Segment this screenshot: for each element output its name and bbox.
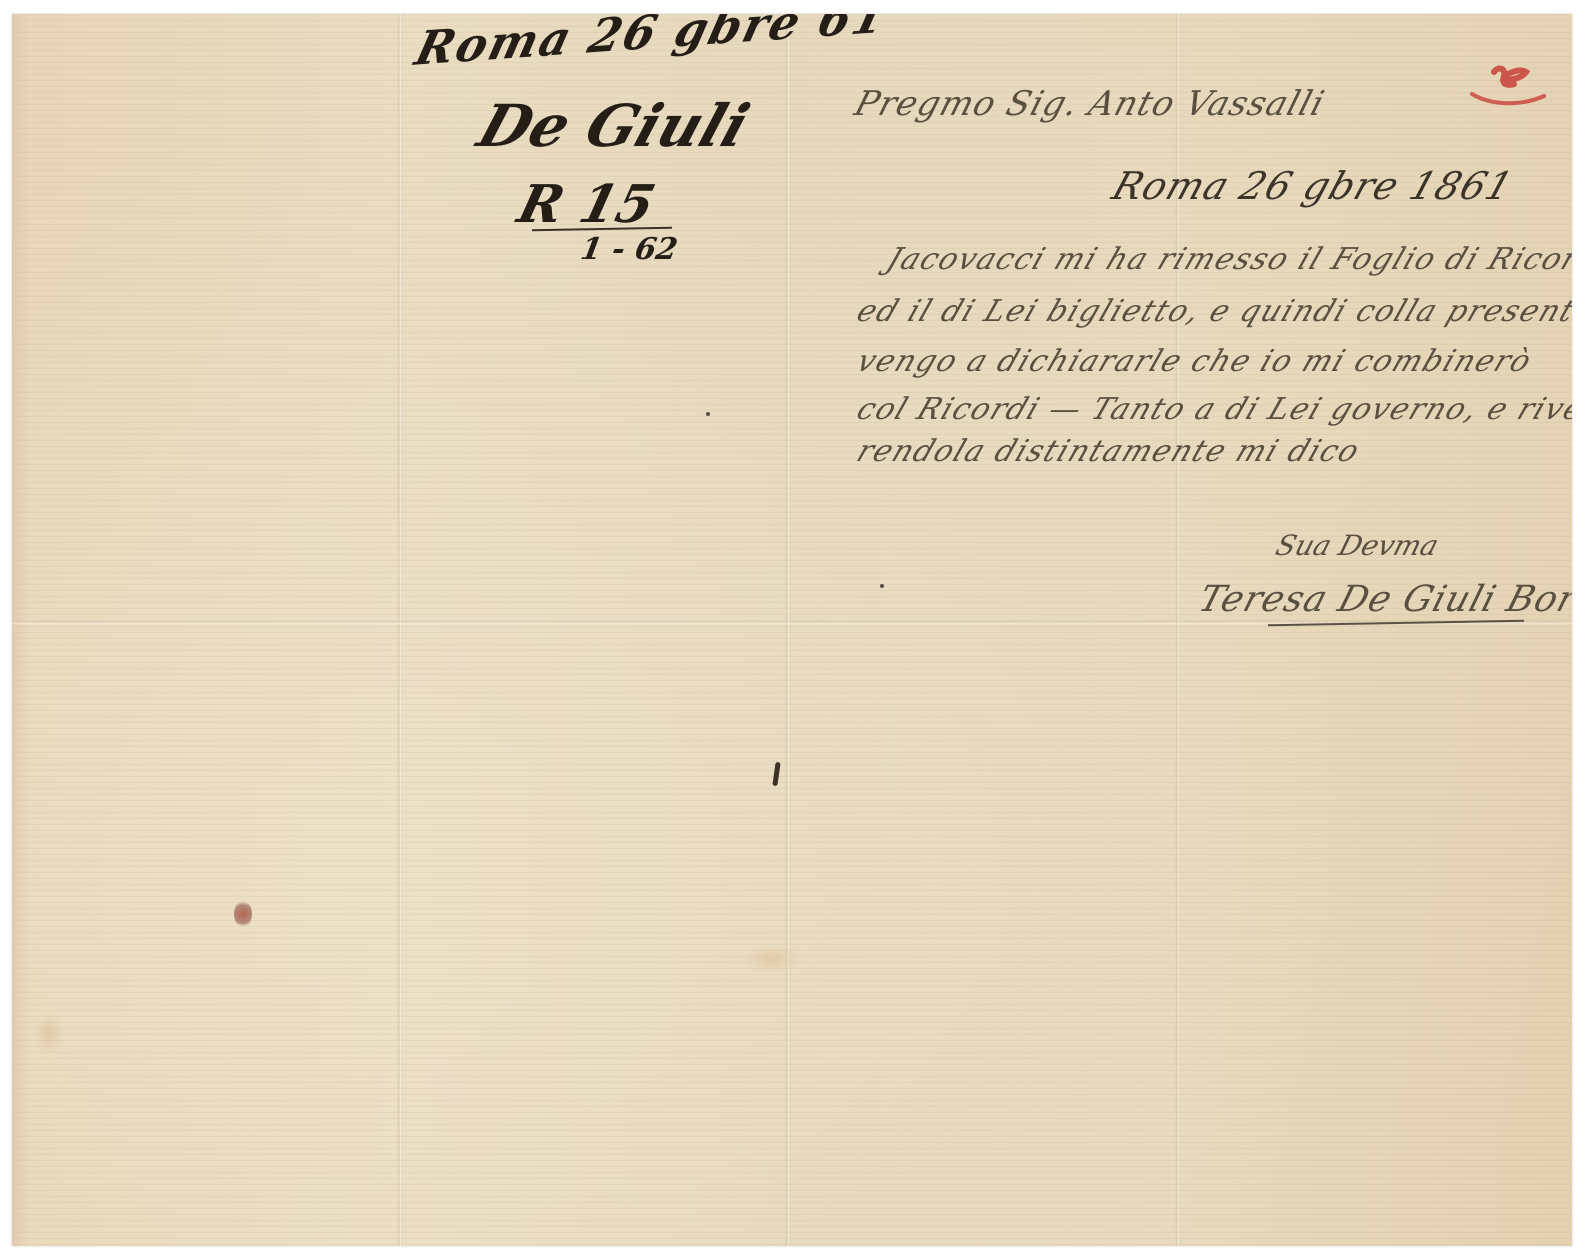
- closing: Sua Devma: [1272, 529, 1442, 562]
- dateline: Roma 26 gbre 1861: [1107, 164, 1519, 208]
- docket-name: De Giuli: [470, 92, 757, 160]
- body-line: vengo a dichiararle che io mi combinerò: [852, 344, 1537, 379]
- docket-reference: R 15: [512, 174, 661, 235]
- paper-edge-discoloration: [12, 14, 30, 1246]
- salutation: Pregmo Sig. Anto Vassalli: [850, 84, 1329, 124]
- signature: Teresa De Giuli Borsi: [1194, 579, 1572, 620]
- body-line: col Ricordi — Tanto a di Lei governo, e …: [852, 392, 1572, 427]
- foxing-stain: [742, 944, 802, 974]
- body-line: rendola distintamente mi dico: [852, 434, 1365, 469]
- letter-sheet: Roma 26 gbre 61 De Giuli R 15 1 - 62 Pre…: [12, 14, 1572, 1246]
- red-pencil-mark-icon: [1464, 54, 1554, 114]
- ink-blot: [772, 762, 780, 786]
- red-stain: [234, 900, 252, 928]
- docket-title: Roma 26 gbre 61: [410, 14, 894, 76]
- docket-number: 1 - 62: [578, 232, 680, 267]
- vertical-fold-left: [397, 14, 403, 1246]
- ink-speck: [706, 412, 710, 416]
- body-line: Jacovacci mi ha rimesso il Foglio di Ric…: [882, 242, 1572, 277]
- vertical-fold-center: [785, 14, 791, 1246]
- ink-speck: [880, 584, 884, 588]
- body-line: ed il di Lei biglietto, e quindi colla p…: [852, 294, 1572, 329]
- foxing-stain: [34, 1014, 64, 1054]
